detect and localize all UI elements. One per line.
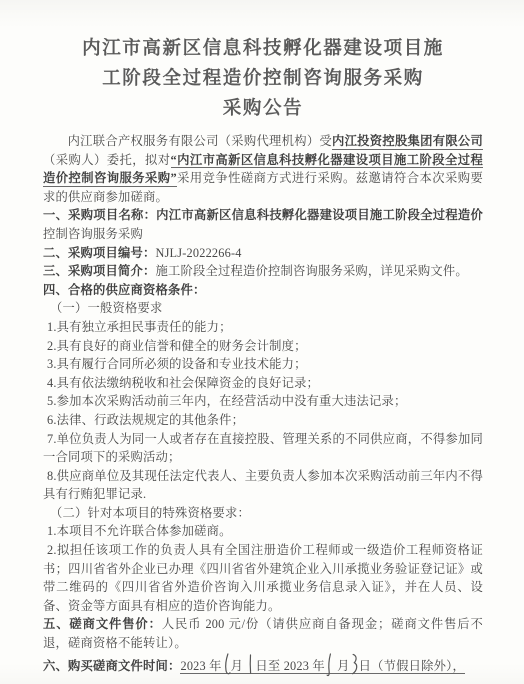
general-item-4: 4.具有依法缴纳税收和社会保障资金的良好记录； xyxy=(43,374,483,393)
page-title: 内江市高新区信息科技孵化器建设项目施 工阶段全过程造价控制咨询服务采购 采购公告 xyxy=(43,34,483,124)
section-3-label: 三、采购项目简介： xyxy=(43,264,155,278)
general-item-1: 1.具有独立承担民事责任的能力； xyxy=(43,318,483,337)
section-purchase-time: 六、购买磋商文件时间：2023 年月 日至 2023 年 月日（节假日除外）， xyxy=(43,653,483,677)
project-number-value: NJLJ-2022266-4 xyxy=(155,246,241,260)
general-item-5: 5.参加本次采购活动前三年内，在经营活动中没有重大违法记录； xyxy=(43,392,483,411)
section-6-label: 六、购买磋商文件时间： xyxy=(43,659,180,673)
section-project-name: 一、采购项目名称：内江市高新区信息科技孵化器建设项目施工阶段全过程造价控制咨询服… xyxy=(43,206,483,243)
special-item-1: 1.本项目不允许联合体参加磋商。 xyxy=(43,522,483,541)
general-item-3: 3.具有履行合同所必须的设备和专业技术能力； xyxy=(43,355,483,374)
handwritten-month-to-digit xyxy=(324,653,335,677)
date-year-to: 日至 2023 年 xyxy=(255,659,324,673)
title-line-1: 内江市高新区信息科技孵化器建设项目施 xyxy=(43,34,483,64)
intro-lead: 内江联合产权服务有限公司（采购代理机构）受 xyxy=(68,134,332,148)
date-tail: 日（节假日除外）， xyxy=(359,659,465,673)
title-line-2: 工阶段全过程造价控制咨询服务采购 xyxy=(43,64,483,94)
section-5-label: 五、磋商文件售价： xyxy=(43,617,162,631)
general-item-7: 7.单位负责人为同一人或者存在直接控股、管理关系的不同供应商，不得参加同一合同项… xyxy=(43,430,483,467)
general-item-6: 6.法律、行政法规规定的其他条件； xyxy=(43,411,483,430)
section-4-label: 四、合格的供应商资格条件： xyxy=(43,283,205,297)
special-item-2: 2.拟担任该项工作的负责人具有全国注册造价工程师或一级造价工程师资格证书；四川省… xyxy=(43,541,483,615)
special-qualifications-header: （二）针对本项目的特殊资格要求： xyxy=(43,504,483,523)
title-line-3: 采购公告 xyxy=(43,94,483,124)
section-supplier-qualifications: 四、合格的供应商资格条件： xyxy=(43,281,483,300)
document-page: 内江市高新区信息科技孵化器建设项目施 工阶段全过程造价控制咨询服务采购 采购公告… xyxy=(0,0,524,684)
purchase-date-underlined: 2023 年月 日至 2023 年 月日（节假日除外）， xyxy=(180,659,465,675)
project-name-rest: 控制咨询服务采购 xyxy=(43,227,143,241)
purchaser-name-underlined: 内江投资控股集团有限公司 xyxy=(332,134,483,150)
project-brief-text: 施工阶段全过程造价控制咨询服务采购，详见采购文件。 xyxy=(155,264,467,278)
general-item-8: 8.供应商单位及其现任法定代表人、主要负责人参加本次采购活动前三年内不得具有行贿… xyxy=(43,467,483,504)
date-year-from: 2023 年 xyxy=(180,659,221,673)
section-2-label: 二、采购项目编号： xyxy=(43,246,155,260)
section-project-number: 二、采购项目编号：NJLJ-2022266-4 xyxy=(43,244,483,263)
intro-paragraph: 内江联合产权服务有限公司（采购代理机构）受内江投资控股集团有限公司（采购人）委托… xyxy=(43,132,483,206)
date-month-label-from: 月 xyxy=(231,659,244,673)
section-1-label: 一、采购项目名称： xyxy=(43,208,156,222)
general-qualifications-header: （一）一般资格要求 xyxy=(43,299,483,318)
section-document-price: 五、磋商文件售价：人民币 200 元/份（请供应商自备现金；磋商文件售后不退，磋… xyxy=(43,615,483,652)
general-item-2: 2.具有良好的商业信誉和健全的财务会计制度； xyxy=(43,337,483,356)
project-name-bold-part: 内江市高新区信息科技孵化器建设项目施工阶段全过程造价 xyxy=(156,208,483,222)
section-project-brief: 三、采购项目简介：施工阶段全过程造价控制咨询服务采购，详见采购文件。 xyxy=(43,262,483,281)
intro-mid: （采购人）委托，拟对 xyxy=(43,153,171,167)
